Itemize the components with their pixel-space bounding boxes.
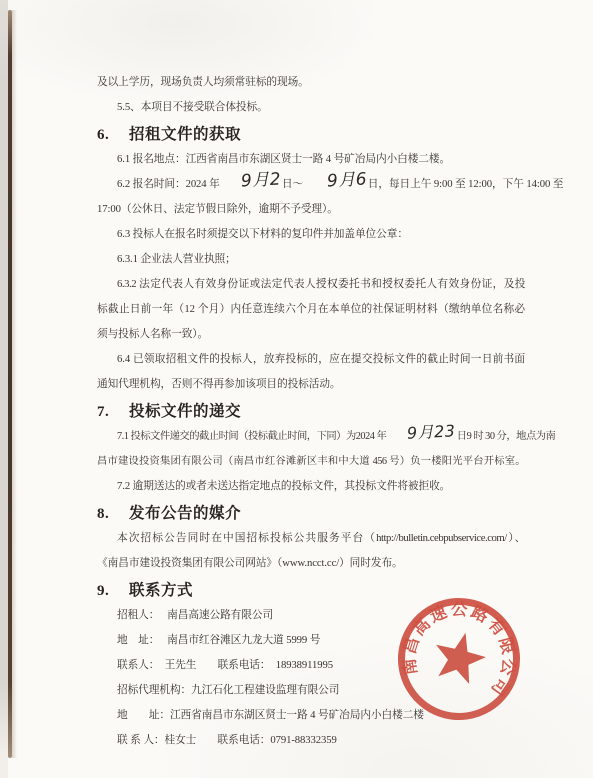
text-segment: 《南昌市建设投资集团有限公司网站》（www.ncct.cc/）同时发布。	[97, 557, 403, 569]
section-number: 8.	[97, 502, 117, 527]
text-segment: 6.2 报名时间：2024 年	[117, 178, 220, 190]
document-body: 及以上学历，现场负责人均须常驻标的现场。5.5、本项目不接受联合体投标。6.招租…	[0, 0, 593, 753]
paragraph-line: 17:00（公休日、法定节假日除外，逾期不予受理）。	[97, 197, 525, 222]
paragraph-line: 6.3.2 法定代表人有效身份证或法定代表人授权委托书和授权委托人有效身份证，及…	[97, 272, 525, 297]
contact-line: 联 系 人：桂女士 联系电话：0791-88332359	[97, 728, 525, 753]
text-segment: 联 系 人：桂女士 联系电话：0791-88332359	[117, 734, 337, 746]
paragraph-line: 本次招标公告同时在中国招标投标公共服务平台（http://bulletin.ce…	[97, 526, 525, 551]
text-segment: 6.3.1 企业法人营业执照；	[117, 253, 236, 265]
text-segment: 本次招标公告同时在中国招标投标公共服务平台（http://bulletin.ce…	[117, 532, 525, 544]
text-segment: 日，每日上午 9:00 至 12:00，下午 14:00 至	[368, 178, 564, 190]
paragraph-line: 6.2 报名时间：2024 年9月2日～ 9月6日，每日上午 9:00 至 12…	[97, 172, 525, 197]
text-segment: 17:00（公休日、法定节假日除外，逾期不予受理）。	[97, 203, 338, 215]
contact-line: 招标代理机构：九江石化工程建设监理有限公司	[97, 678, 525, 703]
text-segment: 昌市建设投资集团有限公司（南昌市红谷滩新区丰和中大道 456 号）负一楼阳光平台…	[97, 456, 525, 467]
paragraph-line: 须与投标人名称一致）。	[97, 322, 525, 347]
paragraph-line: 6.1 报名地点：江西省南昌市东湖区贤士一路 4 号矿冶局内小白楼二楼。	[97, 147, 525, 172]
contact-line: 招租人： 南昌高速公路有限公司	[97, 603, 525, 628]
handwritten-date: 9月23	[386, 431, 456, 435]
text-segment: 招标代理机构：九江石化工程建设监理有限公司	[117, 684, 339, 696]
contact-line: 地 址： 南昌市红谷滩区九龙大道 5999 号	[97, 628, 525, 653]
paragraph-line: 及以上学历，现场负责人均须常驻标的现场。	[97, 70, 525, 95]
section-number: 9.	[97, 579, 117, 604]
text-segment: 日9 时 30 分，地点为南	[457, 431, 556, 442]
text-segment: 6.1 报名地点：江西省南昌市东湖区贤士一路 4 号矿冶局内小白楼二楼。	[117, 153, 450, 165]
contact-line: 联系人： 王先生 联系电话： 18938911995	[97, 653, 525, 678]
contact-line: 地 址：江西省南昌市东湖区贤士一路 4 号矿冶局内小白楼二楼	[97, 703, 525, 728]
paragraph-line: 标截止日前一年（12 个月）内任意连续六个月在本单位的社保证明材料（缴纳单位名称…	[97, 297, 525, 322]
paragraph-line: 7.2 逾期送达的或者未送达指定地点的投标文件，其投标文件将被拒收。	[97, 474, 525, 499]
text-segment: 6.3 投标人在报名时须提交以下材料的复印件并加盖单位公章：	[117, 228, 408, 240]
section-title: 招租文件的获取	[129, 125, 241, 143]
text-segment: 招租人： 南昌高速公路有限公司	[117, 609, 273, 621]
text-segment: 地 址：江西省南昌市东湖区贤士一路 4 号矿冶局内小白楼二楼	[117, 709, 424, 721]
paragraph-line: 6.4 已领取招租文件的投标人，放弃投标的，应在提交投标文件的截止时间一日前书面	[97, 347, 525, 372]
text-segment: 及以上学历，现场负责人均须常驻标的现场。	[97, 76, 309, 88]
text-segment: 7.1 投标文件递交的截止时间（投标截止时间，下同）为2024 年	[117, 431, 386, 442]
section-title: 发布公告的媒介	[129, 504, 241, 522]
text-segment: 通知代理机构，否则不得再参加该项目的投标活动。	[97, 378, 341, 390]
handwritten-date: 9月6	[306, 179, 368, 182]
text-segment: 6.4 已领取招租文件的投标人，放弃投标的，应在提交投标文件的截止时间一日前书面	[117, 353, 525, 365]
text-segment: 7.2 逾期送达的或者未送达指定地点的投标文件，其投标文件将被拒收。	[117, 480, 450, 492]
paragraph-line: 《南昌市建设投资集团有限公司网站》（www.ncct.cc/）同时发布。	[97, 551, 525, 576]
handwritten-date: 9月2	[220, 179, 282, 182]
section-heading: 6.招租文件的获取	[97, 122, 525, 147]
text-segment: 5.5、本项目不接受联合体投标。	[117, 101, 268, 113]
paragraph-line: 6.3.1 企业法人营业执照；	[97, 247, 525, 272]
paragraph-line: 6.3 投标人在报名时须提交以下材料的复印件并加盖单位公章：	[97, 222, 525, 247]
paragraph-line: 昌市建设投资集团有限公司（南昌市红谷滩新区丰和中大道 456 号）负一楼阳光平台…	[97, 449, 525, 474]
section-heading: 7.投标文件的递交	[97, 399, 525, 424]
text-segment: 标截止日前一年（12 个月）内任意连续六个月在本单位的社保证明材料（缴纳单位名称…	[97, 303, 525, 315]
paragraph-line: 7.1 投标文件递交的截止时间（投标截止时间，下同）为2024 年9月23日9 …	[97, 424, 525, 449]
section-number: 6.	[97, 123, 117, 148]
section-heading: 8.发布公告的媒介	[97, 501, 525, 526]
section-title: 联系方式	[129, 581, 193, 599]
text-segment: 联系人： 王先生 联系电话： 18938911995	[117, 659, 333, 671]
text-segment: 须与投标人名称一致）。	[97, 328, 208, 340]
scanned-document-page: { "page": { "background": "#fbfaf7", "sc…	[0, 0, 593, 778]
text-segment: 6.3.2 法定代表人有效身份证或法定代表人授权委托书和授权委托人有效身份证，及…	[117, 278, 525, 290]
section-title: 投标文件的递交	[129, 402, 241, 420]
paragraph-line: 5.5、本项目不接受联合体投标。	[97, 95, 525, 120]
section-heading: 9.联系方式	[97, 578, 525, 603]
text-segment: 地 址： 南昌市红谷滩区九龙大道 5999 号	[117, 634, 320, 646]
paragraph-line: 通知代理机构，否则不得再参加该项目的投标活动。	[97, 372, 525, 397]
text-segment: 日～	[282, 178, 306, 190]
section-number: 7.	[97, 400, 117, 425]
